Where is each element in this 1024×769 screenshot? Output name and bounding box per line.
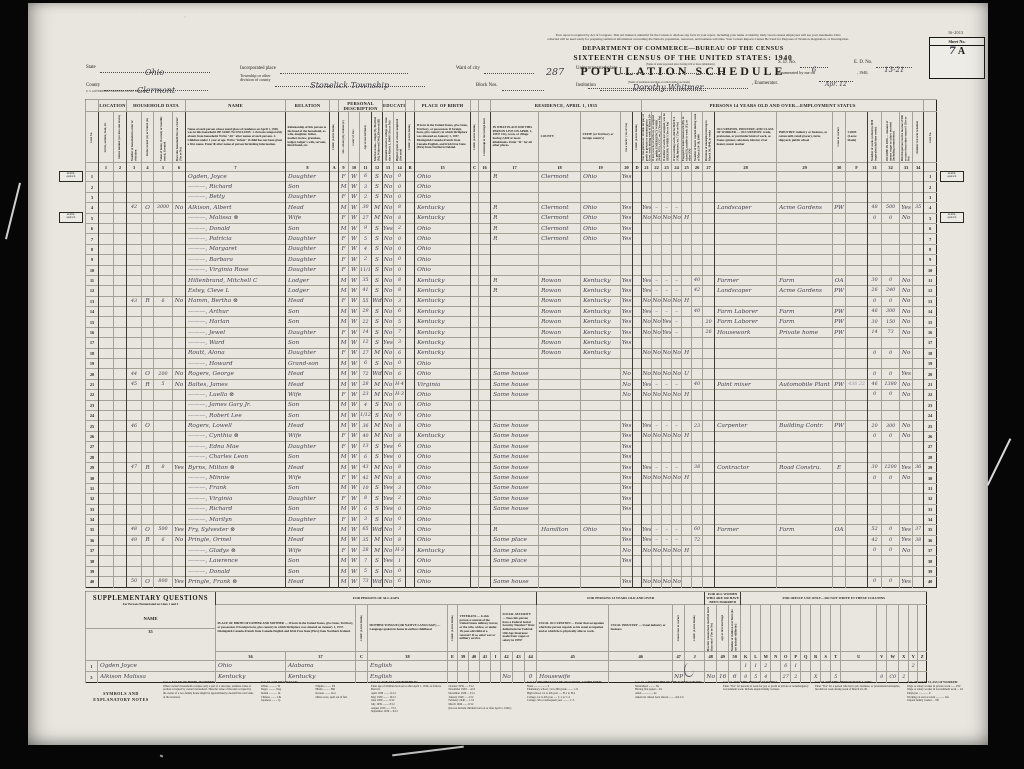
cell-grade: 0	[394, 410, 406, 420]
cell-fsch	[913, 307, 924, 317]
cell-resCounty	[539, 255, 581, 265]
col-num-cls: 30	[833, 163, 846, 172]
cell-occ	[715, 452, 777, 462]
cell-other: Yes	[900, 577, 913, 587]
cell-e25: H	[682, 390, 692, 400]
cell-e23: –	[662, 275, 672, 285]
cell-e23: Yes	[662, 317, 672, 327]
cell-e22: No	[652, 390, 662, 400]
cell-lineR: 35	[924, 525, 937, 535]
col-label-e23: If neither at work nor assigned, was he …	[663, 113, 670, 161]
cell-codeF	[846, 338, 868, 348]
cell-resFarm: No	[621, 369, 633, 379]
cell-cls: PW	[833, 203, 846, 213]
cell-street	[99, 296, 114, 306]
cell-birth: Kentucky	[415, 317, 471, 327]
group-row: LOCATIONHOUSEHOLD DATANAMERELATIONPERSON…	[86, 100, 937, 112]
cell-e25	[682, 244, 692, 254]
cell-e23: No	[662, 390, 672, 400]
cell-grade: H-3	[394, 546, 406, 556]
cell-lineL: 26	[86, 431, 99, 441]
cell-e26	[692, 244, 703, 254]
col-desc-resCity: IN WHAT PLACE DID THIS PERSON LIVE ON AP…	[491, 112, 539, 163]
cell-codeC	[471, 327, 479, 337]
cell-house	[114, 307, 127, 317]
cell-e23: –	[662, 462, 672, 472]
cell-e27	[703, 494, 715, 504]
cell-fsch	[913, 504, 924, 514]
cell-birth: Kentucky	[415, 203, 471, 213]
cell-lineR: 1	[924, 172, 937, 182]
cell-other	[900, 514, 913, 524]
cell-e22: –	[652, 525, 662, 535]
col-desc-ind: INDUSTRY: industry or business, as cotto…	[777, 112, 833, 163]
cell-resCity: R	[491, 275, 539, 285]
population-table: LOCATIONHOUSEHOLD DATANAMERELATIONPERSON…	[85, 99, 937, 588]
cell-e26	[692, 577, 703, 587]
col-num-cit: 16	[479, 163, 491, 172]
cell-marital: S	[372, 265, 383, 275]
supp-col-label	[801, 627, 810, 629]
cell-e24: No	[672, 546, 682, 556]
col-label-codeC: CODE (Leave blank)	[473, 124, 476, 150]
cell-resCounty: Clermont	[539, 223, 581, 233]
cell-e26	[692, 442, 703, 452]
cell-resState: Kentucky	[581, 275, 621, 285]
cell-name: Alkison, Albert	[186, 203, 286, 213]
cell-codeD	[633, 244, 642, 254]
cell-farm: No	[173, 296, 186, 306]
col-desc-birth: If born in the United States, give State…	[415, 112, 471, 163]
cell-resFarm	[621, 514, 633, 524]
cell-name: ———, Harlan	[186, 317, 286, 327]
cell-fsch	[913, 275, 924, 285]
supp-col-desc	[801, 605, 811, 652]
cell-e22: No	[652, 317, 662, 327]
cell-marital: S	[372, 182, 383, 192]
supp-col-label	[841, 627, 876, 629]
cell-school: No	[383, 286, 394, 296]
cell-lineR: 20	[924, 369, 937, 379]
cell-cls	[833, 566, 846, 576]
cell-house	[114, 483, 127, 493]
cell-grade: 8	[394, 473, 406, 483]
cell-fsch	[913, 172, 924, 182]
supp-col-num: W	[887, 652, 899, 661]
cell-e24: No	[672, 213, 682, 223]
cell-marital: S	[372, 359, 383, 369]
cell-cit	[479, 473, 491, 483]
cell-fsch	[913, 566, 924, 576]
cell-resState	[581, 400, 621, 410]
cell-grade: 3	[394, 296, 406, 306]
cell-other	[900, 255, 913, 265]
cell-ind	[777, 442, 833, 452]
table-row: 5———, Malissa ⊗WifeFW27MNo8KentuckyRCler…	[86, 213, 937, 223]
cell-school: No	[383, 203, 394, 213]
col-label-weeks: Number of weeks worked in 1939 (equivale…	[871, 113, 878, 161]
cell-lineL: 8	[86, 244, 99, 254]
supp-col-num: J	[685, 652, 705, 661]
cell-e27	[703, 421, 715, 431]
cell-relation: Head	[286, 203, 330, 213]
cell-race: W	[349, 307, 360, 317]
table-row: 17———, WardSonMW12SYes3KentuckyRowanKent…	[86, 338, 937, 348]
cell-school: Yes	[383, 556, 394, 566]
cell-school: No	[383, 410, 394, 420]
suppl-quest-badge-right-line5: SUPPL.QUEST.	[940, 212, 964, 223]
cell-name: Rogers, George	[186, 369, 286, 379]
cell-fsch	[913, 192, 924, 202]
supp-col-desc	[781, 605, 791, 652]
cell-e24	[672, 359, 682, 369]
cell-resFarm: Yes	[621, 317, 633, 327]
cell-codeD	[633, 546, 642, 556]
footer-note-title: SYMBOLS AND EXPLANATORY NOTES	[85, 691, 157, 704]
cell-resCounty	[539, 566, 581, 576]
cell-fsch	[913, 255, 924, 265]
cell-e21: Yes	[642, 462, 652, 472]
table-row: 12Estey, Cleve LLodgerMW41SNo8KentuckyRR…	[86, 286, 937, 296]
cell-age: 7	[360, 556, 372, 566]
cell-cls	[833, 234, 846, 244]
cell-resFarm: Yes	[621, 307, 633, 317]
cell-house	[114, 244, 127, 254]
cell-relation: Son	[286, 223, 330, 233]
cell-grade: 0	[394, 244, 406, 254]
cell-codeC	[471, 223, 479, 233]
cell-birth: Ohio	[415, 390, 471, 400]
cell-age: 41	[360, 286, 372, 296]
cell-codeA	[330, 213, 339, 223]
col-num-hh: 3	[127, 163, 142, 172]
cell-e25	[682, 359, 692, 369]
cell-farm	[173, 431, 186, 441]
cell-resState	[581, 535, 621, 545]
cell-resCity: Same house	[491, 473, 539, 483]
cell-relation: Head	[286, 535, 330, 545]
supp-col-num: C	[356, 652, 368, 661]
cell-marital: S	[372, 442, 383, 452]
cell-ind	[777, 296, 833, 306]
cell-e22: –	[652, 421, 662, 431]
cell-codeA	[330, 535, 339, 545]
cell-codeD	[633, 514, 642, 524]
cell-occ	[715, 182, 777, 192]
cell-farm	[173, 504, 186, 514]
cell-resCity	[491, 410, 539, 420]
cell-name: ———, Luella ⊗	[186, 390, 286, 400]
supp-cell: 2	[909, 661, 918, 672]
enumerated-label: Enumerated by me on	[778, 71, 815, 76]
cell-name: ———, Gladys ⊗	[186, 546, 286, 556]
supp-col-num: V	[877, 652, 887, 661]
col-label-wages: INCOME IN 1939 — Amount of money wages o…	[886, 113, 896, 161]
cell-lineR: 15	[924, 317, 937, 327]
cell-occ	[715, 234, 777, 244]
col-num-birth: 15	[415, 163, 471, 172]
cell-wages: 150	[882, 317, 900, 327]
cell-cit	[479, 369, 491, 379]
cell-school: No	[383, 265, 394, 275]
supp-col-num: 48	[705, 652, 717, 661]
cell-race: W	[349, 265, 360, 275]
table-row: 15———, HarlanSonMW22SNo5KentuckyRowanKen…	[86, 317, 937, 327]
cell-e21	[642, 255, 652, 265]
cell-resCounty	[539, 244, 581, 254]
cell-e26	[692, 504, 703, 514]
cell-wages	[882, 338, 900, 348]
cell-e22	[652, 400, 662, 410]
cell-e24: No	[672, 348, 682, 358]
col-desc-lineR: Line No.	[924, 112, 937, 163]
cell-e26	[692, 390, 703, 400]
cell-e26: 42	[692, 286, 703, 296]
table-row: 26———, Cynthia ⊗WifeFW40MNo8KentuckySame…	[86, 431, 937, 441]
cell-relation: Head	[286, 296, 330, 306]
supp-col-num: 49	[717, 652, 729, 661]
cell-marital: S	[372, 483, 383, 493]
cell-lineL: 15	[86, 317, 99, 327]
cell-codeB	[406, 265, 415, 275]
cell-own	[142, 556, 154, 566]
cell-farm	[173, 359, 186, 369]
cell-relation: Head	[286, 421, 330, 431]
table-row: 10———, Virginia RoseDaughterFW11/12SNo0O…	[86, 265, 937, 275]
cell-wages	[882, 400, 900, 410]
cell-codeD	[633, 265, 642, 275]
cell-lineL: 38	[86, 556, 99, 566]
cell-resFarm: Yes	[621, 577, 633, 587]
cell-name: Hamm, Bertha ⊗	[186, 296, 286, 306]
cell-resCounty: Clermont	[539, 203, 581, 213]
col-label-resState: STATE (or Territory or foreign country)	[581, 132, 620, 141]
cell-ind	[777, 244, 833, 254]
cell-sex: M	[339, 452, 349, 462]
supp-col-label: PLACE OF BIRTH OF FATHER AND MOTHER — If…	[216, 621, 355, 634]
cell-lineR: 34	[924, 514, 937, 524]
cell-codeF	[846, 431, 868, 441]
cell-resCounty: Rowan	[539, 307, 581, 317]
supp-subtitle: For Persons Enumerated on Lines 1 and 5	[86, 602, 215, 606]
cell-relation: Son	[286, 410, 330, 420]
cell-street	[99, 327, 114, 337]
cell-own	[142, 244, 154, 254]
cell-house	[114, 421, 127, 431]
cell-house	[114, 379, 127, 389]
cell-cit	[479, 286, 491, 296]
supp-cell: 1	[751, 661, 761, 672]
cell-codeB	[406, 307, 415, 317]
cell-ind	[777, 192, 833, 202]
cell-lineL: 11	[86, 275, 99, 285]
cell-resCounty: Rowan	[539, 348, 581, 358]
county-label: County	[86, 83, 100, 88]
supp-cell	[918, 661, 927, 672]
cell-resCounty	[539, 483, 581, 493]
cell-e25	[682, 421, 692, 431]
cell-e24	[672, 494, 682, 504]
cell-lineR: 39	[924, 566, 937, 576]
cell-relation: Daughter	[286, 514, 330, 524]
cell-farm: No	[173, 379, 186, 389]
col-num-resState: 19	[581, 163, 621, 172]
cell-wages: 240	[882, 286, 900, 296]
cell-codeC	[471, 203, 479, 213]
cell-ind	[777, 172, 833, 182]
cell-fsch	[913, 431, 924, 441]
cell-relation: Wife	[286, 473, 330, 483]
cell-codeF	[846, 203, 868, 213]
cell-lineR: 13	[924, 296, 937, 306]
cell-weeks	[868, 182, 882, 192]
cell-e25: U	[682, 369, 692, 379]
cell-lineL: 10	[86, 265, 99, 275]
col-label-codeF: CODE (Leave blank)	[846, 130, 867, 143]
table-row: 1Ogden, JoyceDaughterFW6SNo0OhioRClermon…	[86, 172, 937, 182]
cell-street	[99, 504, 114, 514]
cell-grade: 0	[394, 504, 406, 514]
cell-codeD	[633, 421, 642, 431]
cell-resCity: Same place	[491, 535, 539, 545]
cell-e23	[662, 400, 672, 410]
col-desc-codeC: CODE (Leave blank)	[471, 112, 479, 163]
film-speck	[160, 755, 164, 758]
cell-e27	[703, 172, 715, 182]
cell-e25	[682, 275, 692, 285]
cell-name: Pringle, Ormel	[186, 535, 286, 545]
cell-fsch	[913, 390, 924, 400]
cell-school: No	[383, 462, 394, 472]
cell-cls: E	[833, 462, 846, 472]
table-row: 3548O500YesFry, Sylvester ⊗HeadMW65WdNo3…	[86, 525, 937, 535]
cell-relation: Wife	[286, 546, 330, 556]
cell-cls	[833, 213, 846, 223]
cell-hh: 46	[127, 421, 142, 431]
cell-wages	[882, 182, 900, 192]
cell-age: 13	[360, 442, 372, 452]
cell-other: No	[900, 307, 913, 317]
cell-occ: Landscaper	[715, 203, 777, 213]
cell-race: W	[349, 546, 360, 556]
cell-codeC	[471, 390, 479, 400]
cell-codeF	[846, 275, 868, 285]
cell-hh	[127, 410, 142, 420]
cell-codeB	[406, 546, 415, 556]
table-row: 1343R6NoHamm, Bertha ⊗HeadFW55WdNo3Kentu…	[86, 296, 937, 306]
cell-marital: S	[372, 244, 383, 254]
cell-ind	[777, 504, 833, 514]
supp-col-desc	[761, 605, 771, 652]
cell-own: R	[142, 296, 154, 306]
cell-name: ———, Donald	[186, 223, 286, 233]
cell-lineR: 17	[924, 338, 937, 348]
cell-e23	[662, 514, 672, 524]
cell-codeA	[330, 379, 339, 389]
cell-race: W	[349, 442, 360, 452]
cell-codeA	[330, 348, 339, 358]
cell-e27	[703, 213, 715, 223]
cell-codeC	[471, 410, 479, 420]
cell-e23	[662, 566, 672, 576]
cell-e22	[652, 223, 662, 233]
cell-codeF	[846, 327, 868, 337]
cell-race: W	[349, 348, 360, 358]
cell-occ	[715, 514, 777, 524]
cell-value	[154, 255, 173, 265]
cell-sex: M	[339, 182, 349, 192]
col-label-cls: Class of worker	[837, 127, 840, 146]
cell-fsch	[913, 473, 924, 483]
supp-col-desc	[877, 605, 887, 652]
cell-resState: Kentucky	[581, 317, 621, 327]
cell-hh: 49	[127, 535, 142, 545]
cell-resCounty	[539, 546, 581, 556]
cell-codeC	[471, 379, 479, 389]
state-field: State Ohio	[86, 55, 210, 73]
cell-cls	[833, 296, 846, 306]
cell-cls	[833, 494, 846, 504]
cell-occ	[715, 172, 777, 182]
cell-e24: –	[672, 203, 682, 213]
supp-col-label: VETERANS — Is this person a veteran of t…	[458, 614, 500, 642]
cell-e25	[682, 566, 692, 576]
block-label: Block Nos.	[476, 83, 498, 88]
cell-e27	[703, 379, 715, 389]
cell-name: Estey, Cleve L	[186, 286, 286, 296]
cell-farm	[173, 390, 186, 400]
cell-street	[99, 255, 114, 265]
cell-resState	[581, 265, 621, 275]
cell-codeD	[633, 296, 642, 306]
cell-lineL: 27	[86, 442, 99, 452]
cell-farm	[173, 307, 186, 317]
cell-e27	[703, 223, 715, 233]
cell-farm	[173, 286, 186, 296]
cell-codeC	[471, 213, 479, 223]
table-row: 22———, Luella ⊗WifeFW23MNoH-3OhioSame ho…	[86, 390, 937, 400]
cell-resFarm: Yes	[621, 431, 633, 441]
cell-value: 6	[154, 296, 173, 306]
cell-e21: Yes	[642, 379, 652, 389]
cell-weeks	[868, 514, 882, 524]
cell-ind: Automobile Plant	[777, 379, 833, 389]
cell-lineL: 20	[86, 369, 99, 379]
cell-birth: Kentucky	[415, 213, 471, 223]
cell-resFarm	[621, 255, 633, 265]
cell-e27	[703, 504, 715, 514]
cell-resState	[581, 556, 621, 566]
cell-codeF	[846, 369, 868, 379]
cell-name: ———, Robert Lee	[186, 410, 286, 420]
cell-e27	[703, 182, 715, 192]
cell-occ	[715, 400, 777, 410]
cell-codeB	[406, 400, 415, 410]
col-label-resCounty: COUNTY	[539, 134, 580, 140]
col-label-e27: Duration of unemployment up to March 30,…	[705, 113, 712, 161]
cell-e23: No	[662, 473, 672, 483]
cell-birth: Ohio	[415, 182, 471, 192]
cell-other: No	[900, 473, 913, 483]
cell-cit	[479, 213, 491, 223]
cell-relation: Head	[286, 462, 330, 472]
cell-weeks	[868, 494, 882, 504]
cell-resFarm: No	[621, 390, 633, 400]
cell-codeD	[633, 556, 642, 566]
cell-e23	[662, 192, 672, 202]
supp-col-label	[831, 627, 840, 629]
cell-resState	[581, 473, 621, 483]
